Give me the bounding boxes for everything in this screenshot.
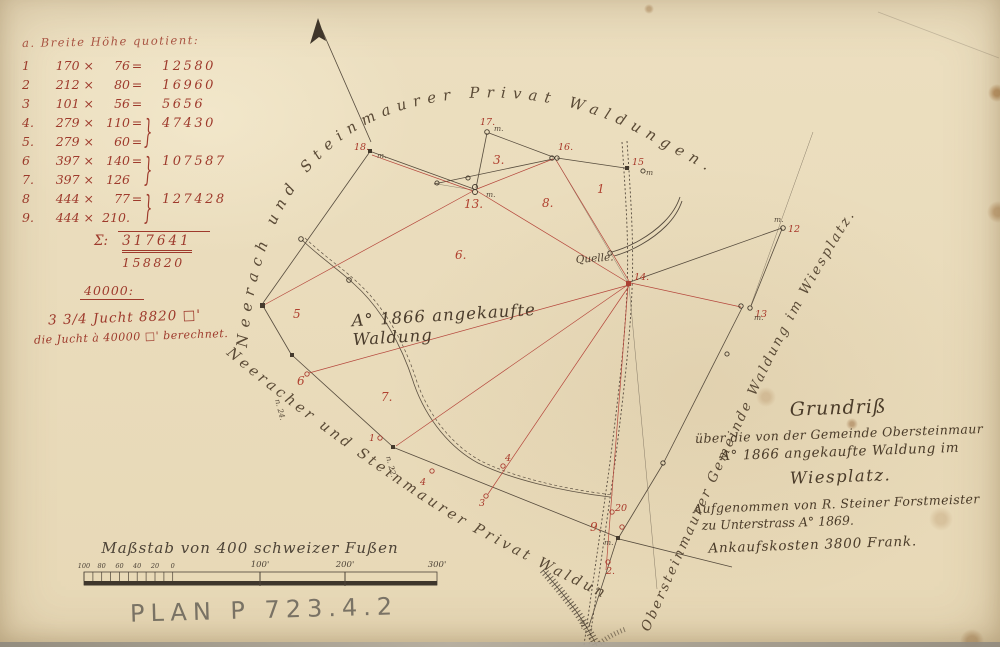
svg-text:0: 0 <box>171 562 175 570</box>
svg-text:20: 20 <box>614 503 627 514</box>
svg-text:14.: 14. <box>634 272 649 283</box>
svg-text:300': 300' <box>428 560 447 570</box>
svg-text:6.: 6. <box>455 248 466 262</box>
svg-text:20: 20 <box>150 562 159 570</box>
svg-text:m: m <box>646 168 653 177</box>
area-note-line1: 3 3/4 Jucht 8820 □' <box>48 306 247 329</box>
svg-text:12: 12 <box>788 224 800 235</box>
area-calculation-table: a. Breite Höhe quotient: 1170 ×76=12580 … <box>22 34 247 343</box>
scan-edge-strip <box>0 642 1000 647</box>
divisor-value: 40000: <box>80 283 144 300</box>
svg-text:m.: m. <box>754 313 764 322</box>
svg-text:15: 15 <box>632 157 644 168</box>
svg-text:13.: 13. <box>464 197 483 211</box>
sum-label: Σ: <box>94 233 108 249</box>
svg-text:m.: m. <box>578 619 589 630</box>
calc-row: 3101 ×56=5656 <box>22 96 247 115</box>
calc-row: 9.444 ×210. <box>22 210 247 229</box>
calc-row: 7.397 ×126 <box>22 172 247 191</box>
svg-text:9.: 9. <box>590 520 601 534</box>
svg-text:100: 100 <box>78 562 90 570</box>
scanned-plan-sheet: 17. 16. 15 12 14. 18. 20 1 4 3 4 13 2. 1… <box>0 0 1000 647</box>
title-line-wiesplatz: Wiesplatz. <box>688 462 993 492</box>
scale-caption: Maßstab von 400 schweizer Fußen <box>100 539 398 557</box>
spring-label: Quelle. <box>575 251 614 266</box>
svg-text:100': 100' <box>251 560 270 570</box>
svg-text:3.: 3. <box>493 153 504 167</box>
sum-value: 317641 <box>122 233 192 253</box>
svg-text:1: 1 <box>369 433 375 444</box>
road-branch <box>612 197 682 256</box>
svg-text:5: 5 <box>293 307 301 321</box>
paper-crease <box>878 12 999 58</box>
svg-text:200': 200' <box>335 560 355 570</box>
forest-path <box>302 238 613 497</box>
calc-row: 1170 ×76=12580 <box>22 58 247 77</box>
half-value: 158820 <box>122 255 247 270</box>
svg-text:m.: m. <box>486 190 496 199</box>
parcel-number-labels: 1 3. 5 6. 6 7. 8. 9. 13. <box>293 153 605 534</box>
calc-row: 4.279 ×110=}47430 <box>22 115 247 134</box>
sum-rule <box>118 231 210 232</box>
svg-text:4: 4 <box>504 453 511 464</box>
svg-text:m.: m. <box>377 151 387 160</box>
calc-row: 8444 ×77=}127428 <box>22 191 247 210</box>
svg-text:7.: 7. <box>381 390 392 404</box>
calc-table-header: a. Breite Höhe quotient: <box>22 32 247 50</box>
triangulation-lines <box>264 155 741 570</box>
calc-row: 2212 ×80=16960 <box>22 77 247 96</box>
svg-text:m.: m. <box>774 215 784 224</box>
svg-text:1: 1 <box>597 182 605 196</box>
calc-row: 5.279 ×60= <box>22 134 247 153</box>
svg-text:m.: m. <box>494 124 504 133</box>
svg-text:m.: m. <box>604 538 614 547</box>
svg-text:18.: 18. <box>354 142 369 153</box>
svg-text:3: 3 <box>479 498 485 509</box>
title-block: Grundriß über die von der Gemeinde Obers… <box>685 393 995 559</box>
scale-bar: Maßstab von 400 schweizer Fußen 100 80 6… <box>78 539 446 586</box>
svg-text:6: 6 <box>297 374 305 388</box>
svg-text:8.: 8. <box>542 196 553 210</box>
svg-text:40: 40 <box>132 562 141 570</box>
svg-text:17.: 17. <box>480 117 495 128</box>
svg-text:80: 80 <box>98 562 106 570</box>
calc-row: 6397 ×140=}107587 <box>22 153 247 172</box>
svg-text:16.: 16. <box>558 142 573 153</box>
svg-text:2.: 2. <box>605 566 615 577</box>
svg-text:60: 60 <box>115 562 123 570</box>
